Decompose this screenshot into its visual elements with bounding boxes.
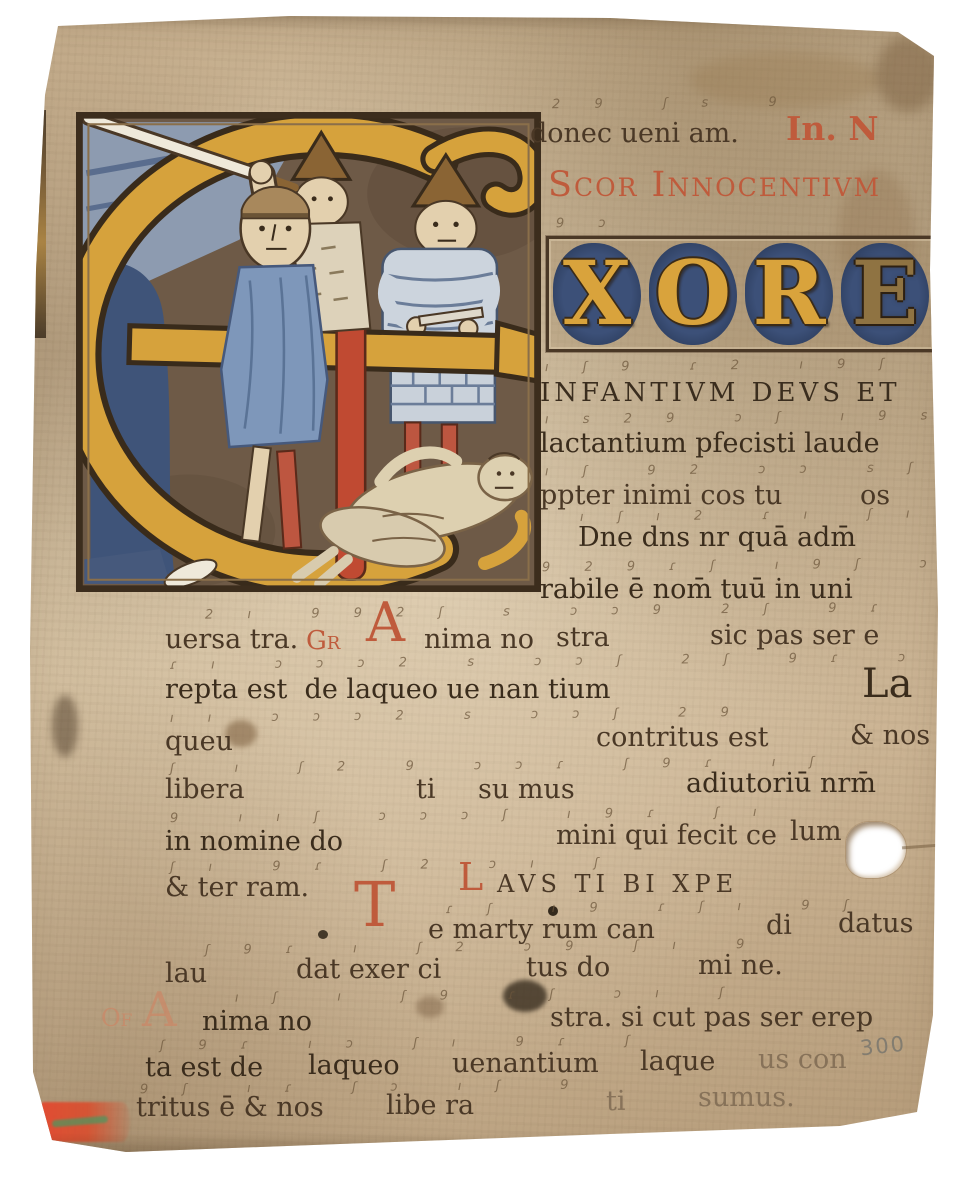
text-line: stra — [556, 624, 610, 651]
ink-dot — [318, 930, 328, 939]
text-line: & ter ram. — [165, 874, 309, 901]
text-line: mi ne. — [698, 952, 783, 979]
green-paint-streak — [52, 1116, 108, 1128]
neumes: 2 9 ʃ s 9 — [552, 95, 785, 112]
rubric-offertory-mark: Of — [101, 1006, 132, 1030]
text-line: in nomine do — [165, 828, 343, 855]
text-line: uenantium — [452, 1050, 599, 1077]
red-initial-a: A — [366, 596, 405, 650]
text-line: e marty rum can — [428, 916, 655, 943]
text-line: mini qui fecit ce — [556, 822, 777, 849]
text-line: queu — [165, 728, 233, 755]
text-line: uersa tra. — [165, 626, 298, 653]
blue-tunic — [221, 265, 327, 447]
text-line: ti — [606, 1088, 626, 1115]
text-line: sic pas ser e — [710, 622, 879, 649]
text-line: stra. si cut pas ser erep — [550, 1004, 873, 1031]
manuscript-photo: X O R E 2 9 ʃ s 9 9 ɔ ı ʃ 9 ɾ 2 ı 9 ʃ ɔ … — [0, 0, 960, 1179]
text-line: lum — [790, 818, 842, 845]
text-line: us con — [758, 1046, 847, 1073]
text-line: Dne dns nr quā adm̄ — [578, 524, 856, 551]
text-line: os — [860, 482, 890, 509]
text-line: datus — [838, 910, 913, 937]
text-line: contritus est — [596, 724, 769, 751]
text-line: donec ueni am. — [530, 120, 739, 147]
text-line: nima no — [424, 626, 534, 653]
text-line: & nos — [850, 722, 930, 749]
text-line: tritus ē & nos — [136, 1094, 324, 1121]
corner-stain — [876, 36, 940, 112]
text-line: rabile ē nom̄ tuū in uni — [540, 576, 853, 603]
red-initial-l: L — [458, 858, 483, 896]
rubric-gradual-mark: Gr — [306, 628, 340, 654]
text-line-capitals: INFANTIVM DEVS ET — [540, 380, 901, 406]
text-line: ta est de — [145, 1054, 263, 1081]
title-letter-e: E — [841, 243, 929, 345]
rubric-feast-abbrev: In. N — [786, 112, 879, 145]
display-title-band: X O R E — [546, 236, 936, 352]
pencil-folio-number: 300 — [859, 1032, 907, 1061]
text-line: adiutoriū nrm̄ — [686, 770, 876, 797]
text-line: nima no — [202, 1008, 312, 1035]
neumes: 9 ɔ — [556, 216, 614, 232]
text-line: laqueo — [308, 1052, 400, 1079]
text-line: lactantium pfecisti laude — [540, 430, 880, 457]
neumes: ı ʃ 9 ɾ 2 ı 9 ʃ ɔ — [545, 356, 959, 375]
title-letter-o: O — [649, 243, 737, 345]
title-letter-r: R — [745, 243, 833, 345]
text-line: di — [766, 912, 792, 939]
text-line: tus do — [526, 954, 610, 981]
red-initial-t: T — [354, 874, 395, 936]
edge-stain — [52, 695, 78, 757]
left-edge-gilt-strip — [30, 110, 46, 338]
rubric-holy-innocents: Scor Innocentivm — [548, 168, 881, 203]
text-line: repta est de laqueo ue nan tium — [165, 676, 611, 703]
faded-red-initial-a: A — [142, 986, 177, 1034]
large-la-syllable: La — [862, 664, 912, 704]
text-line: ppter inimi cos tu — [540, 482, 782, 509]
massacre-of-innocents-scene — [76, 112, 541, 592]
parchment-crack — [902, 844, 940, 850]
text-line: laque — [640, 1048, 715, 1075]
text-line: ti — [416, 776, 436, 803]
neumes: 9 2 9 ɾ ʃ ı 9 ʃ ɔ 9 — [542, 556, 960, 576]
neumes: ı s 2 9 ɔ ʃ ı 9 s 2 — [545, 408, 960, 428]
neumes: ı ʃ 9 2 ɔ ɔ s ʃ 9 ɾ — [545, 460, 960, 480]
text-line: libe ra — [386, 1092, 474, 1119]
parchment-hole — [846, 822, 906, 878]
text-line: sumus. — [698, 1084, 795, 1111]
historiated-initial-miniature — [76, 112, 541, 592]
text-line: libera — [165, 776, 245, 803]
red-paint-smudge — [36, 1102, 130, 1142]
text-line: dat exer ci — [296, 956, 441, 983]
text-line: su mus — [478, 776, 575, 803]
laus-tibi-capitals: AVS TI BI XPE — [497, 872, 738, 896]
title-letter-x: X — [553, 243, 641, 345]
parchment-leaf: X O R E 2 9 ʃ s 9 9 ɔ ı ʃ 9 ɾ 2 ı 9 ʃ ɔ … — [0, 0, 960, 1179]
